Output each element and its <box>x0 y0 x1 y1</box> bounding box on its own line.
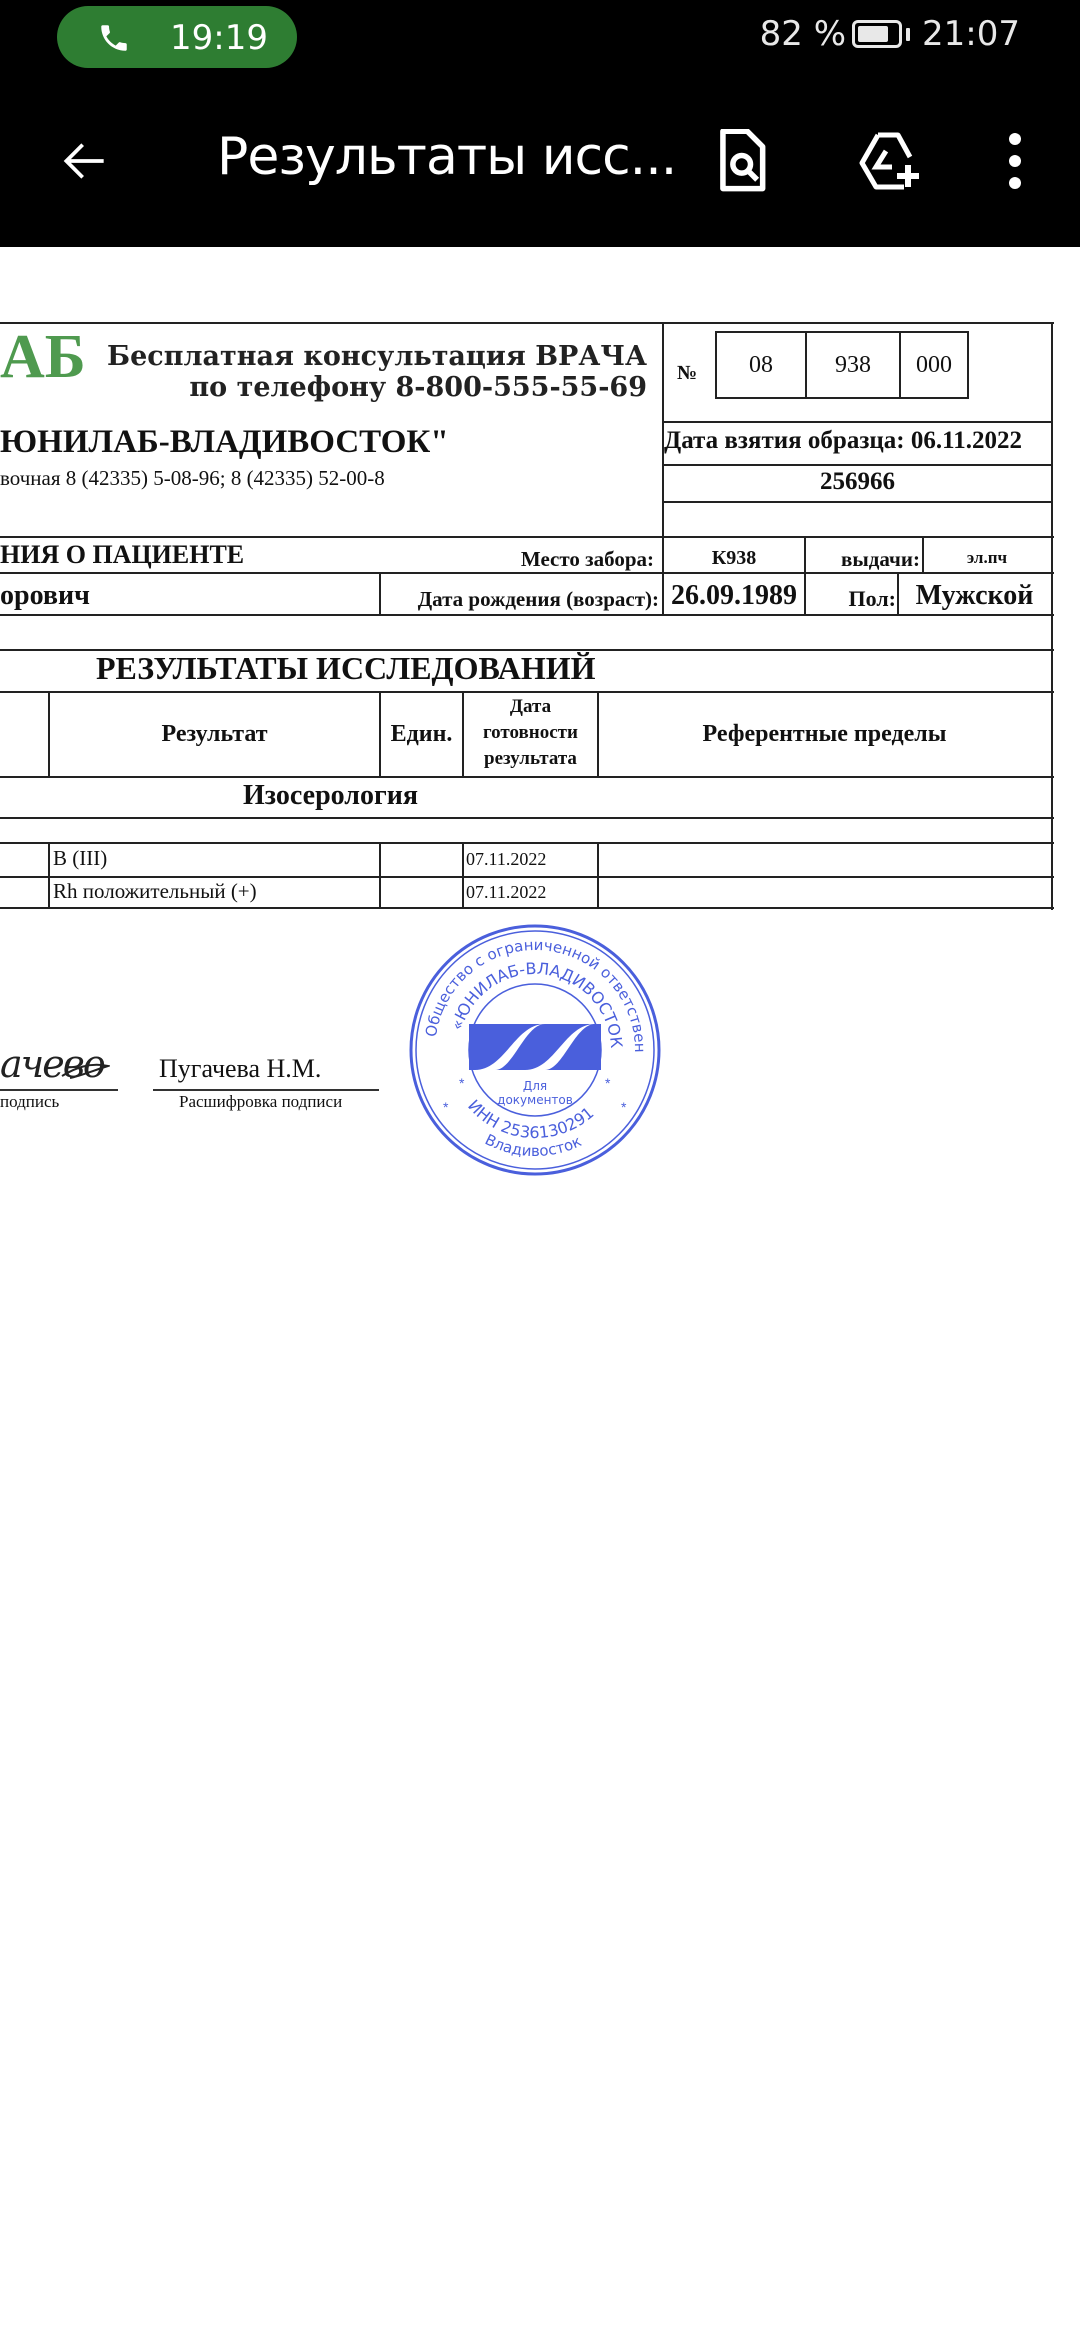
issue-label: выдачи: <box>841 547 920 572</box>
find-in-file-icon <box>717 129 773 193</box>
company-stamp: Общество с ограниченной ответственностью… <box>405 920 665 1180</box>
patient-name: орович <box>0 580 90 612</box>
row-result: B (III) <box>53 846 107 871</box>
back-button[interactable] <box>40 75 130 247</box>
status-indicators: 82 % 21:07 <box>760 14 1020 54</box>
number-part-2: 938 <box>805 331 901 399</box>
col-result: Результат <box>49 721 380 748</box>
add-to-drive-icon <box>856 129 924 193</box>
org-name: ЮНИЛАБ-ВЛАДИВОСТОК" <box>0 424 449 461</box>
ongoing-call-chip[interactable]: 19:19 <box>57 6 297 68</box>
signature-stroke <box>60 1058 110 1082</box>
section-isoserology: Изосерология <box>243 780 418 812</box>
clock: 21:07 <box>922 14 1020 54</box>
number-part-1: 08 <box>715 331 807 399</box>
status-bar: 19:19 82 % 21:07 <box>0 0 1080 75</box>
more-options-button[interactable] <box>985 75 1045 247</box>
svg-text:Для: Для <box>523 1079 547 1093</box>
battery-icon <box>852 20 902 48</box>
svg-text:*: * <box>605 1075 611 1091</box>
row-result: Rh положительный (+) <box>53 879 257 904</box>
more-vert-icon <box>1007 131 1023 191</box>
signer-name: Пугачева Н.М. <box>159 1054 321 1084</box>
signature-label: подпись <box>0 1092 59 1112</box>
patient-section-title: НИЯ О ПАЦИЕНТЕ <box>0 540 244 570</box>
sample-date: Дата взятия образца: 06.11.2022 <box>664 427 1022 455</box>
org-phones: вочная 8 (42335) 5-08-96; 8 (42335) 52-0… <box>0 466 385 491</box>
arrow-back-icon <box>57 133 113 189</box>
sex-value: Мужской <box>898 580 1051 612</box>
svg-text:*: * <box>443 1099 449 1115</box>
lab-logo: АБ <box>0 322 86 393</box>
number-part-3: 000 <box>899 331 969 399</box>
collection-place-label: Место забора: <box>521 547 654 572</box>
promo-line-2: по телефону 8-800-555-55-69 <box>189 372 647 403</box>
row-date: 07.11.2022 <box>466 849 546 870</box>
dob-value: 26.09.1989 <box>671 580 797 612</box>
find-in-document-button[interactable] <box>700 75 790 247</box>
promo-line-1: Бесплатная консультация ВРАЧА <box>107 341 647 372</box>
col-ready-date-2: готовности <box>463 722 598 744</box>
svg-text:документов: документов <box>497 1093 573 1107</box>
app-toolbar: Результаты исс... <box>0 75 1080 247</box>
add-to-drive-button[interactable] <box>840 75 940 247</box>
signer-label: Расшифровка подписи <box>179 1092 342 1112</box>
sample-id: 256966 <box>663 468 1052 496</box>
sex-label: Пол: <box>849 586 897 612</box>
collection-place-value: К938 <box>663 547 805 570</box>
col-ready-date-1: Дата <box>463 696 598 718</box>
col-unit: Един. <box>380 721 463 748</box>
col-reference: Референтные пределы <box>598 721 1051 748</box>
row-date: 07.11.2022 <box>466 882 546 903</box>
svg-text:*: * <box>621 1099 627 1115</box>
dob-label: Дата рождения (возраст): <box>418 587 659 612</box>
battery-percent: 82 % <box>760 14 846 54</box>
col-ready-date-3: результата <box>463 748 598 770</box>
call-duration: 19:19 <box>170 18 268 58</box>
svg-text:*: * <box>459 1075 465 1091</box>
results-title: РЕЗУЛЬТАТЫ ИССЛЕДОВАНИЙ <box>96 650 596 687</box>
phone-icon <box>97 21 131 55</box>
number-label: № <box>677 362 697 385</box>
document-title: Результаты исс... <box>217 127 676 187</box>
issue-value: эл.пч <box>923 548 1051 568</box>
